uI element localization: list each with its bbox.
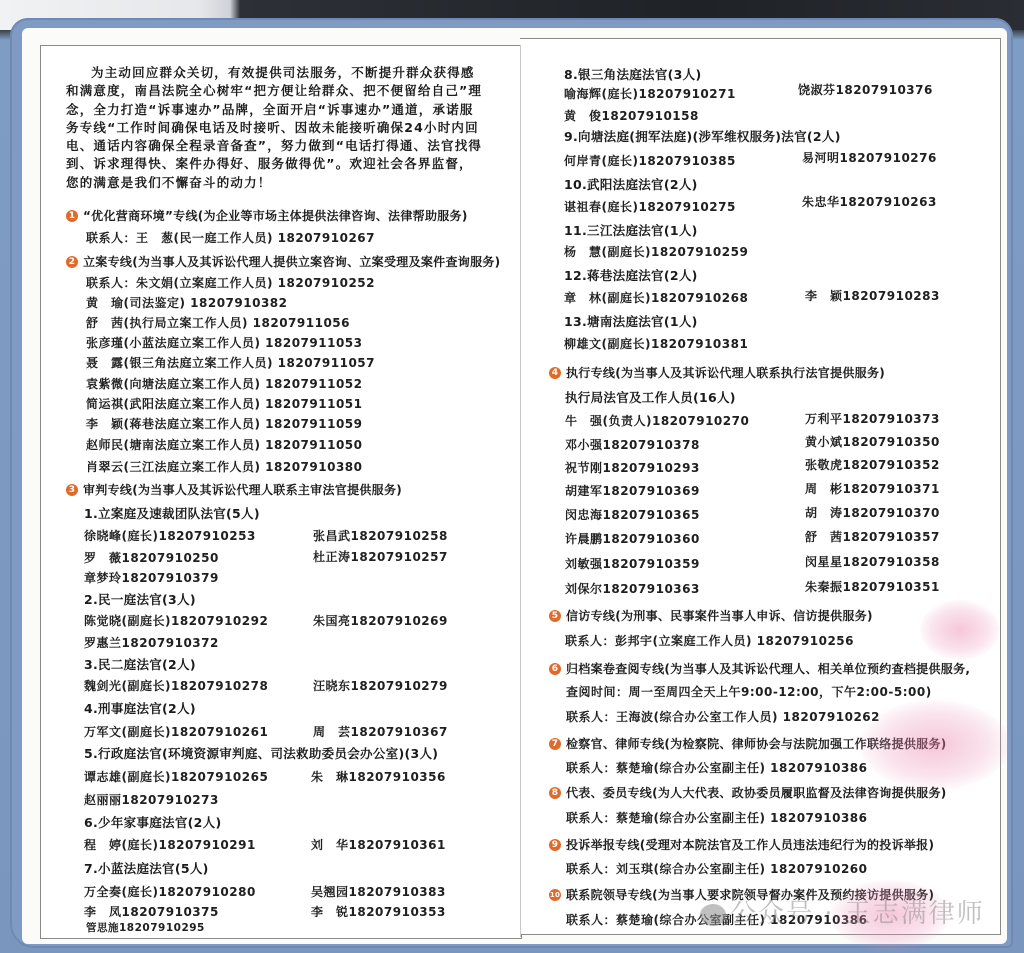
group-title: 2.民一庭法官(3人) xyxy=(84,590,196,608)
judge-row: 罗 薇18207910250 xyxy=(84,549,219,566)
line-1-title: “优化营商环境”专线(为企业等市场主体提供法律咨询、法律帮助服务) xyxy=(83,209,468,223)
staff-row: 朱秦振18207910351 xyxy=(805,578,940,595)
number-badge-icon: 9 xyxy=(549,839,561,851)
staff-row: 舒 茜18207910357 xyxy=(805,528,940,545)
judge-row: 吴翘园18207910383 xyxy=(311,883,446,900)
judge-row: 章梦玲18207910379 xyxy=(84,569,219,586)
line-5-header: 5信访专线(为刑事、民事案件当事人申诉、信访提供服务) xyxy=(549,607,873,624)
staff-row: 万利平18207910373 xyxy=(805,410,940,427)
number-badge-icon: 2 xyxy=(66,256,78,268)
intro-paragraph: 为主动回应群众关切，有效提供司法服务，不断提升群众获得感和满意度，南昌法院全心树… xyxy=(66,64,486,192)
group-title: 执行局法官及工作人员(16人) xyxy=(565,388,736,406)
judge-row: 周 芸18207910367 xyxy=(313,723,448,740)
number-badge-icon: 7 xyxy=(549,738,561,750)
contact-row: 李 颖(蒋巷法庭立案工作人员) 18207911059 xyxy=(86,415,363,432)
contact-row: 舒 茜(执行局立案工作人员) 18207911056 xyxy=(86,314,350,331)
line-8-header: 8代表、委员专线(为人大代表、政协委员履职监督及法律咨询提供服务) xyxy=(549,784,947,801)
contact-row: 张彦瑾(小蓝法庭立案工作人员) 18207911053 xyxy=(86,334,363,351)
line-5-title: 信访专线(为刑事、民事案件当事人申诉、信访提供服务) xyxy=(566,609,873,623)
line-1-header: 1“优化营商环境”专线(为企业等市场主体提供法律咨询、法律帮助服务) xyxy=(66,207,468,224)
group-title: 6.少年家事庭法官(2人) xyxy=(84,813,221,831)
group-title: 8.银三角法庭法官(3人) xyxy=(564,65,701,83)
number-badge-icon: 6 xyxy=(549,663,561,675)
watermark: 公众号 · 王志满律师 xyxy=(700,893,985,930)
staff-row: 刘保尔18207910363 xyxy=(565,580,700,597)
contact-row: 黄 瑜(司法鉴定) 18207910382 xyxy=(86,294,288,311)
line-6-title: 归档案卷查阅专线(为当事人及其诉讼代理人、相关单位预约查档提供服务, xyxy=(566,662,970,676)
wechat-icon xyxy=(700,904,726,926)
judge-row: 万军文(副庭长)18207910261 xyxy=(84,723,268,740)
number-badge-icon: 5 xyxy=(549,610,561,622)
group-title: 7.小蓝法庭法官(5人) xyxy=(84,859,209,877)
contact-row: 肖翠云(三江法庭立案工作人员) 18207910380 xyxy=(86,458,363,475)
staff-row: 黄小斌18207910350 xyxy=(805,433,940,450)
judge-row: 赵丽丽18207910273 xyxy=(84,791,219,808)
contact-row: 聂 露(银三角法庭立案工作人员) 18207911057 xyxy=(86,354,375,371)
staff-row: 牛 强(负责人)18207910270 xyxy=(565,412,749,429)
judge-row: 张昌武18207910258 xyxy=(313,527,448,544)
line-3-title: 审判专线(为当事人及其诉讼代理人联系主审法官提供服务) xyxy=(83,483,402,497)
judge-row: 黄 俊18207910158 xyxy=(564,107,699,124)
line-2-header: 2立案专线(为当事人及其诉讼代理人提供立案咨询、立案受理及案件查询服务) xyxy=(66,253,500,270)
judge-row: 饶淑芬18207910376 xyxy=(798,81,933,98)
judge-row: 谭志雄(副庭长)18207910265 xyxy=(84,768,268,785)
judge-row: 李 锐18207910353 xyxy=(311,903,446,920)
line-2-title: 立案专线(为当事人及其诉讼代理人提供立案咨询、立案受理及案件查询服务) xyxy=(83,255,500,269)
judge-row: 陈觉晓(副庭长)18207910292 xyxy=(84,612,268,629)
judge-row: 杨 慧(副庭长)18207910259 xyxy=(564,243,748,260)
judge-row: 易河明18207910276 xyxy=(802,149,937,166)
judge-row: 李 颖18207910283 xyxy=(805,287,940,304)
judge-row: 徐晓峰(庭长)18207910253 xyxy=(84,527,256,544)
line-9-header: 9投诉举报专线(受理对本院法官及工作人员违法违纪行为的投诉举报) xyxy=(549,836,934,853)
staff-row: 周 彬18207910371 xyxy=(805,480,940,497)
judge-row: 魏剑光(副庭长)18207910278 xyxy=(84,677,268,694)
staff-row: 胡 涛18207910370 xyxy=(805,504,940,521)
judge-row: 朱国亮18207910269 xyxy=(313,612,448,629)
group-title: 13.塘南法庭法官(1人) xyxy=(564,312,698,330)
staff-row: 祝节刚18207910293 xyxy=(565,459,700,476)
judge-row: 朱 琳18207910356 xyxy=(311,768,446,785)
line-4-title: 执行专线(为当事人及其诉讼代理人联系执行法官提供服务) xyxy=(566,366,885,380)
contact-row: 袁紫微(向塘法庭立案工作人员) 18207911052 xyxy=(86,375,363,392)
line-6-hours: 查阅时间：周一至周四全天上午9:00-12:00，下午2:00-5:00) xyxy=(566,683,932,700)
contact-row: 简运祺(武阳法庭立案工作人员) 18207911051 xyxy=(86,395,363,412)
pink-stain xyxy=(860,700,1010,790)
judge-row: 管思施18207910295 xyxy=(86,920,205,935)
staff-row: 闵忠海18207910365 xyxy=(565,506,700,523)
judge-row: 程 婷(庭长)18207910291 xyxy=(84,836,256,853)
line-4-header: 4执行专线(为当事人及其诉讼代理人联系执行法官提供服务) xyxy=(549,364,885,381)
judge-row: 万全奏(庭长)18207910280 xyxy=(84,883,256,900)
group-title: 12.蒋巷法庭法官(2人) xyxy=(564,266,698,284)
line-8-title: 代表、委员专线(为人大代表、政协委员履职监督及法律咨询提供服务) xyxy=(566,786,947,800)
contact-row: 联系人：朱文娟(立案庭工作人员) 18207910252 xyxy=(86,274,375,291)
staff-row: 闵星星18207910358 xyxy=(805,553,940,570)
judge-row: 柳雄文(副庭长)18207910381 xyxy=(564,335,748,352)
group-title: 9.向塘法庭(拥军法庭)(涉军维权服务)法官(2人) xyxy=(564,127,841,145)
judge-row: 李 凤18207910375 xyxy=(84,903,219,920)
group-title: 3.民二庭法官(2人) xyxy=(84,655,196,673)
line-7-contact: 联系人：蔡楚瑜(综合办公室副主任) 18207910386 xyxy=(566,759,868,776)
line-8-contact: 联系人：蔡楚瑜(综合办公室副主任) 18207910386 xyxy=(566,809,868,826)
line-6-contact: 联系人：王海波(综合办公室工作人员) 18207910262 xyxy=(566,708,880,725)
number-badge-icon: 1 xyxy=(66,210,78,222)
number-badge-icon: 3 xyxy=(66,484,78,496)
page-fold xyxy=(520,45,521,937)
number-badge-icon: 10 xyxy=(549,889,561,901)
judge-row: 罗惠兰18207910372 xyxy=(84,634,219,651)
staff-row: 邓小强18207910378 xyxy=(565,436,700,453)
staff-row: 张敬虎18207910352 xyxy=(805,456,940,473)
group-title: 11.三江法庭法官(1人) xyxy=(564,221,698,239)
staff-row: 许晨鹏18207910360 xyxy=(565,530,700,547)
staff-row: 胡建军18207910369 xyxy=(565,482,700,499)
judge-row: 谌祖春(庭长)18207910275 xyxy=(564,198,736,215)
group-title: 1.立案庭及速裁团队法官(5人) xyxy=(84,504,260,522)
group-title: 10.武阳法庭法官(2人) xyxy=(564,175,698,193)
line-9-title: 投诉举报专线(受理对本院法官及工作人员违法违纪行为的投诉举报) xyxy=(566,838,934,852)
number-badge-icon: 8 xyxy=(549,787,561,799)
line-3-header: 3审判专线(为当事人及其诉讼代理人联系主审法官提供服务) xyxy=(66,481,402,498)
pink-stain xyxy=(920,600,1000,660)
line-9-contact: 联系人：刘玉琪(综合办公室副主任) 18207910260 xyxy=(566,860,868,877)
judge-row: 杜正涛18207910257 xyxy=(313,548,448,565)
watermark-text: 公众号 · 王志满律师 xyxy=(730,899,985,929)
judge-row: 章 林(副庭长)18207910268 xyxy=(564,289,748,306)
judge-row: 刘 华18207910361 xyxy=(311,836,446,853)
group-title: 4.刑事庭法官(2人) xyxy=(84,699,196,717)
contact-row: 赵师民(塘南法庭立案工作人员) 18207911050 xyxy=(86,436,363,453)
line-5-contact: 联系人：彭邦宇(立案庭工作人员) 18207910256 xyxy=(565,632,854,649)
staff-row: 刘敏强18207910359 xyxy=(565,555,700,572)
line-6-header: 6归档案卷查阅专线(为当事人及其诉讼代理人、相关单位预约查档提供服务, xyxy=(549,660,970,677)
judge-row: 汪晓东18207910279 xyxy=(313,677,448,694)
judge-row: 朱忠华18207910263 xyxy=(802,193,937,210)
line-1-contact: 联系人：王 葱(民一庭工作人员) 18207910267 xyxy=(86,229,375,246)
judge-row: 何岸青(庭长)18207910385 xyxy=(564,152,736,169)
group-title: 5.行政庭法官(环境资源审判庭、司法救助委员会办公室)(3人) xyxy=(84,744,438,762)
number-badge-icon: 4 xyxy=(549,367,561,379)
judge-row: 喻海辉(庭长)18207910271 xyxy=(564,85,736,102)
